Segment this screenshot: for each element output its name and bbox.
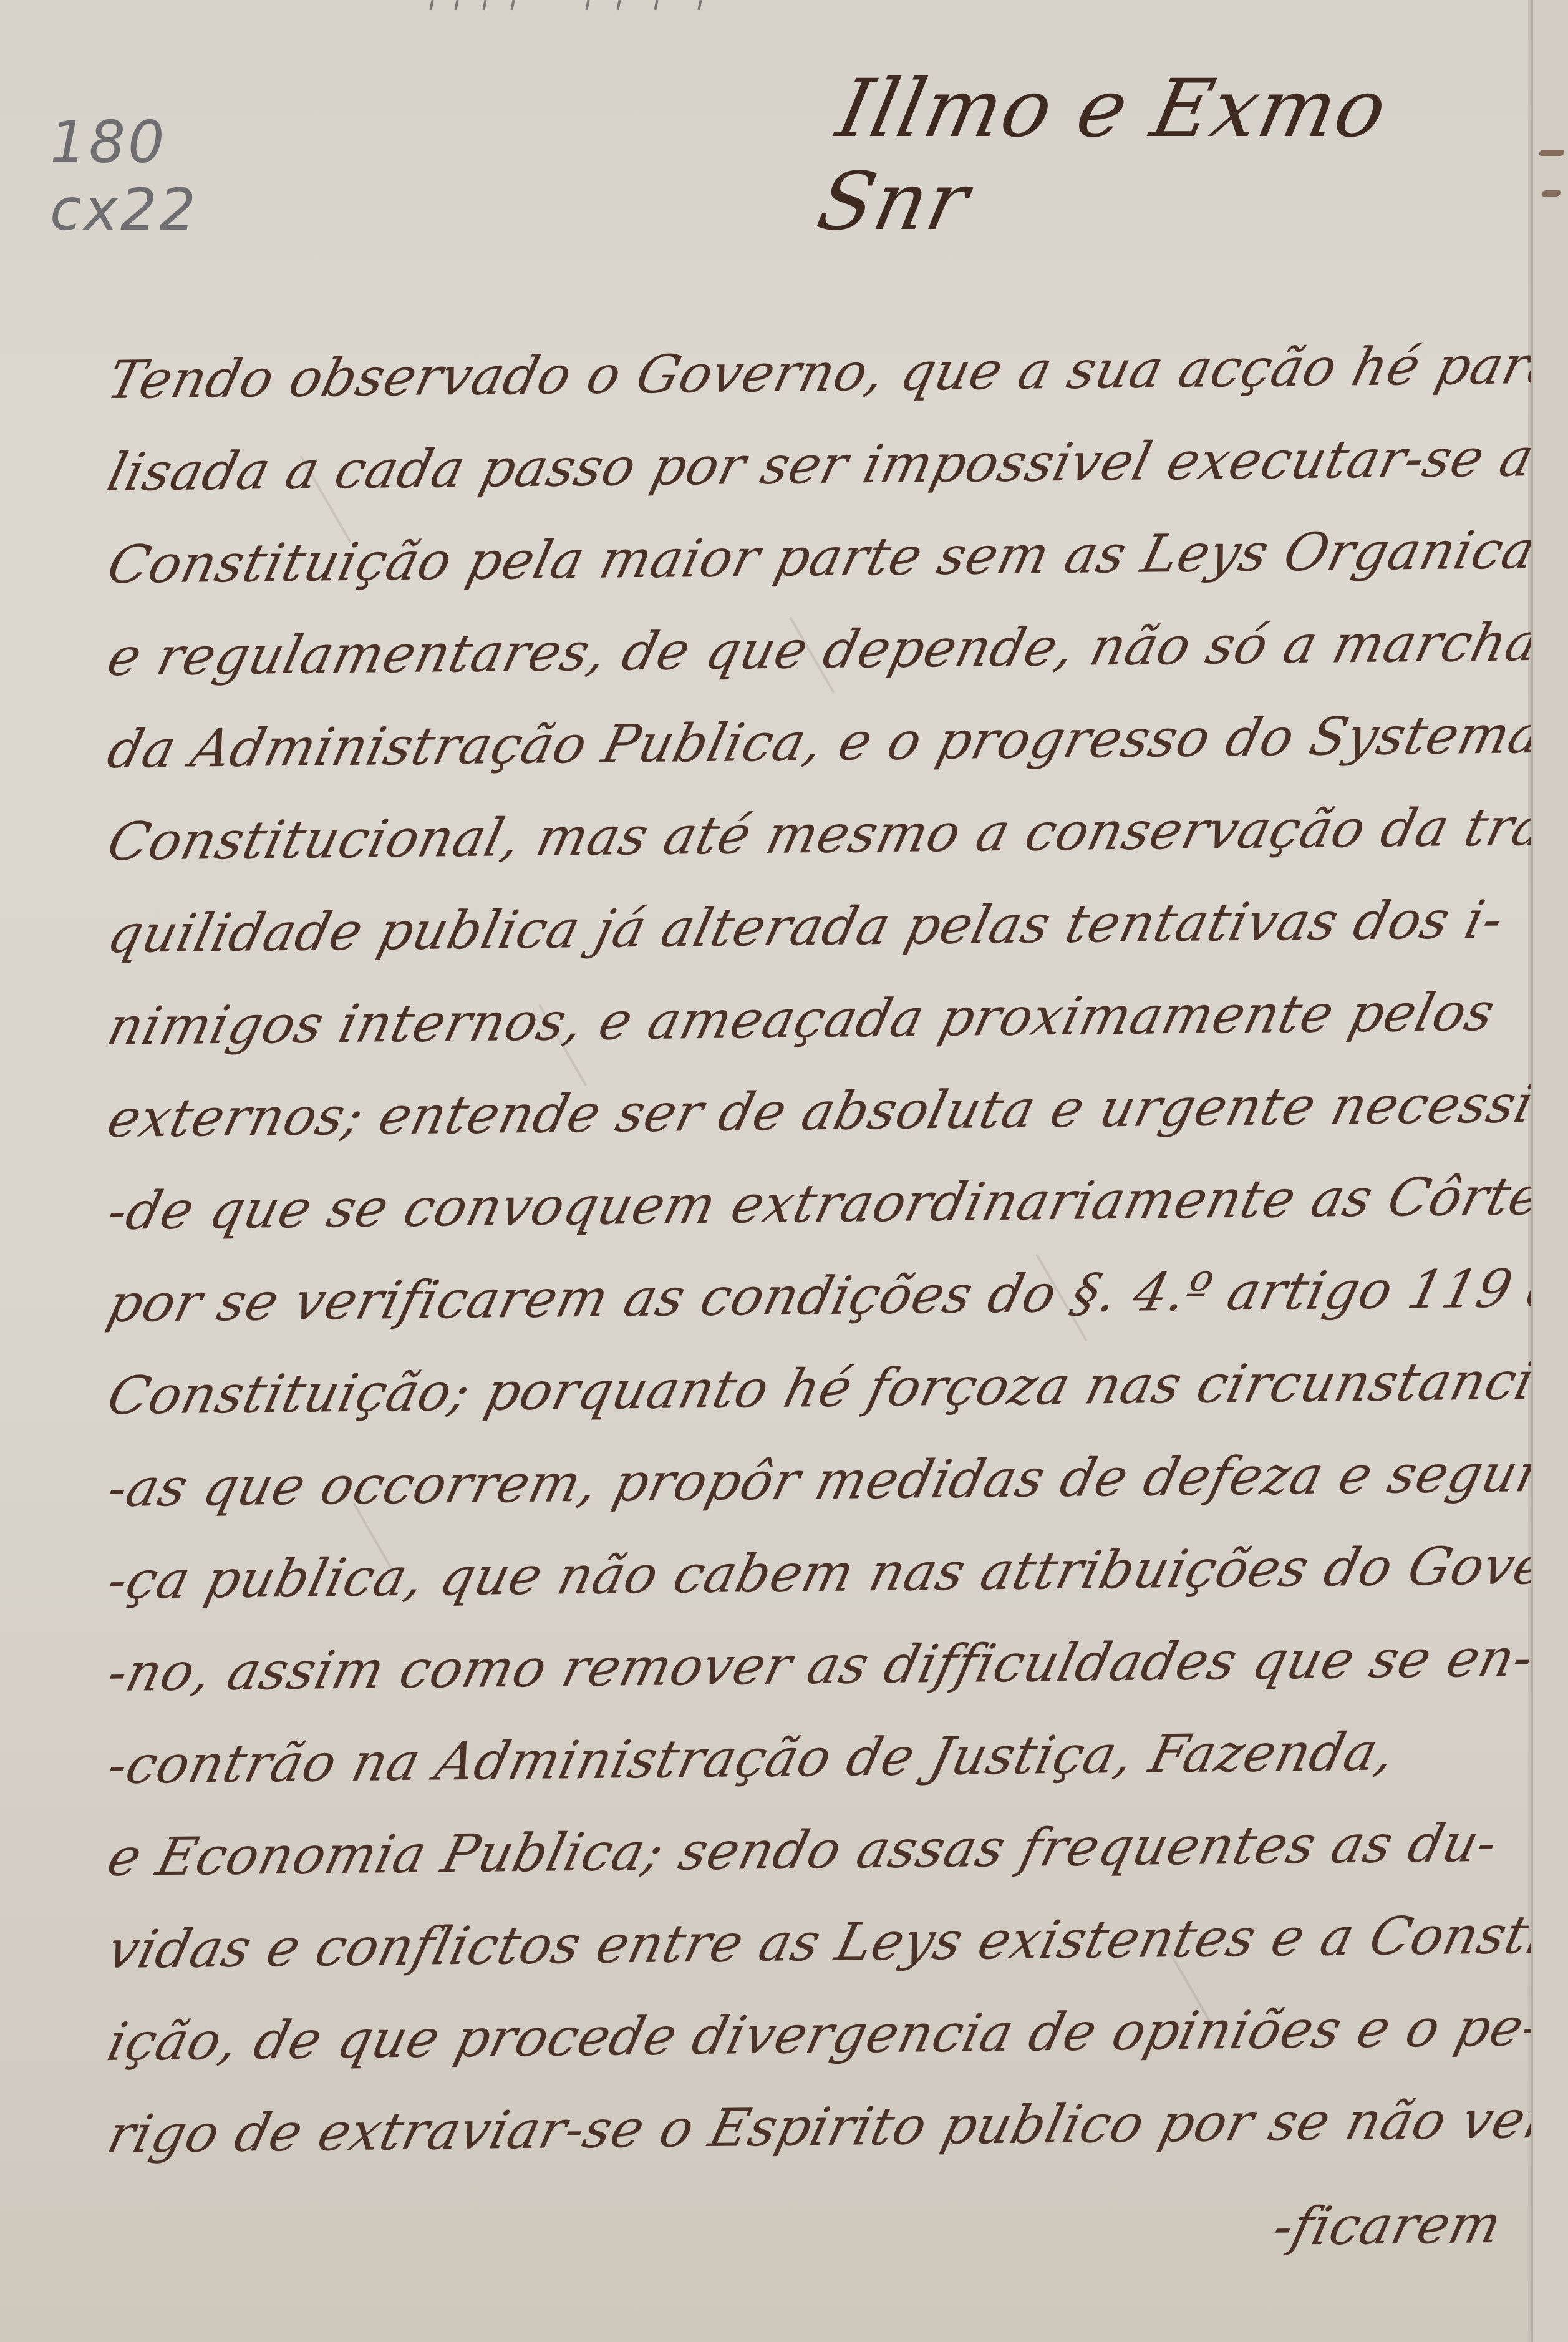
text-line: nimigos internos, e ameaçada proximament… (102, 981, 1501, 1057)
adjacent-page-strip (1533, 0, 1568, 2342)
manuscript-page: 180 cx22 Illmo e Exmo Snr Tendo observad… (0, 0, 1528, 2342)
text-line: ição, de que procede divergencia de opin… (102, 1996, 1548, 2072)
text-line: -no, assim como remover as difficuldades… (102, 1627, 1540, 1703)
text-line: lisada a cada passo por ser impossivel e… (102, 427, 1540, 503)
text-line: externos; entende ser de absoluta e urge… (102, 1072, 1568, 1149)
bleed-through-ink (430, 0, 742, 12)
catchword: -ficarem (1267, 2194, 1508, 2257)
text-line: por se verificarem as condições do §. 4.… (102, 1257, 1568, 1334)
text-line: Constituição pela maior parte sem as Ley… (102, 519, 1568, 595)
text-line: Constitucional, mas até mesmo a conserva… (102, 795, 1568, 872)
archive-number: 180 (50, 109, 198, 177)
text-line: rigo de extraviar-se o Espirito publico … (102, 2088, 1568, 2165)
text-line: Constituição; porquanto hé forçoza nas c… (102, 1350, 1559, 1426)
archive-box: cx22 (50, 177, 198, 244)
text-line: -contrão na Administração de Justiça, Fa… (102, 1721, 1401, 1795)
text-line: -de que se convoquem extraordinariamente… (102, 1165, 1568, 1241)
salutation: Illmo e Exmo Snr (810, 62, 1547, 248)
text-line: vidas e conflictos entre as Leys existen… (102, 1903, 1568, 1980)
text-line: -ça publica, que não cabem nas attribuiç… (102, 1534, 1568, 1611)
text-line: da Administração Publica, e o progresso … (102, 704, 1549, 780)
text-line: e Economia Publica; sendo assas frequent… (102, 1812, 1504, 1888)
archive-reference-note: 180 cx22 (50, 109, 198, 244)
text-line: quilidade publica já alterada pelas tent… (102, 889, 1509, 964)
adjacent-page-ink (1538, 150, 1566, 156)
adjacent-page-ink (1541, 190, 1562, 197)
text-line: Tendo observado o Governo, que a sua acç… (102, 334, 1568, 411)
text-line: -as que occorrem, propôr medidas de defe… (102, 1442, 1568, 1518)
